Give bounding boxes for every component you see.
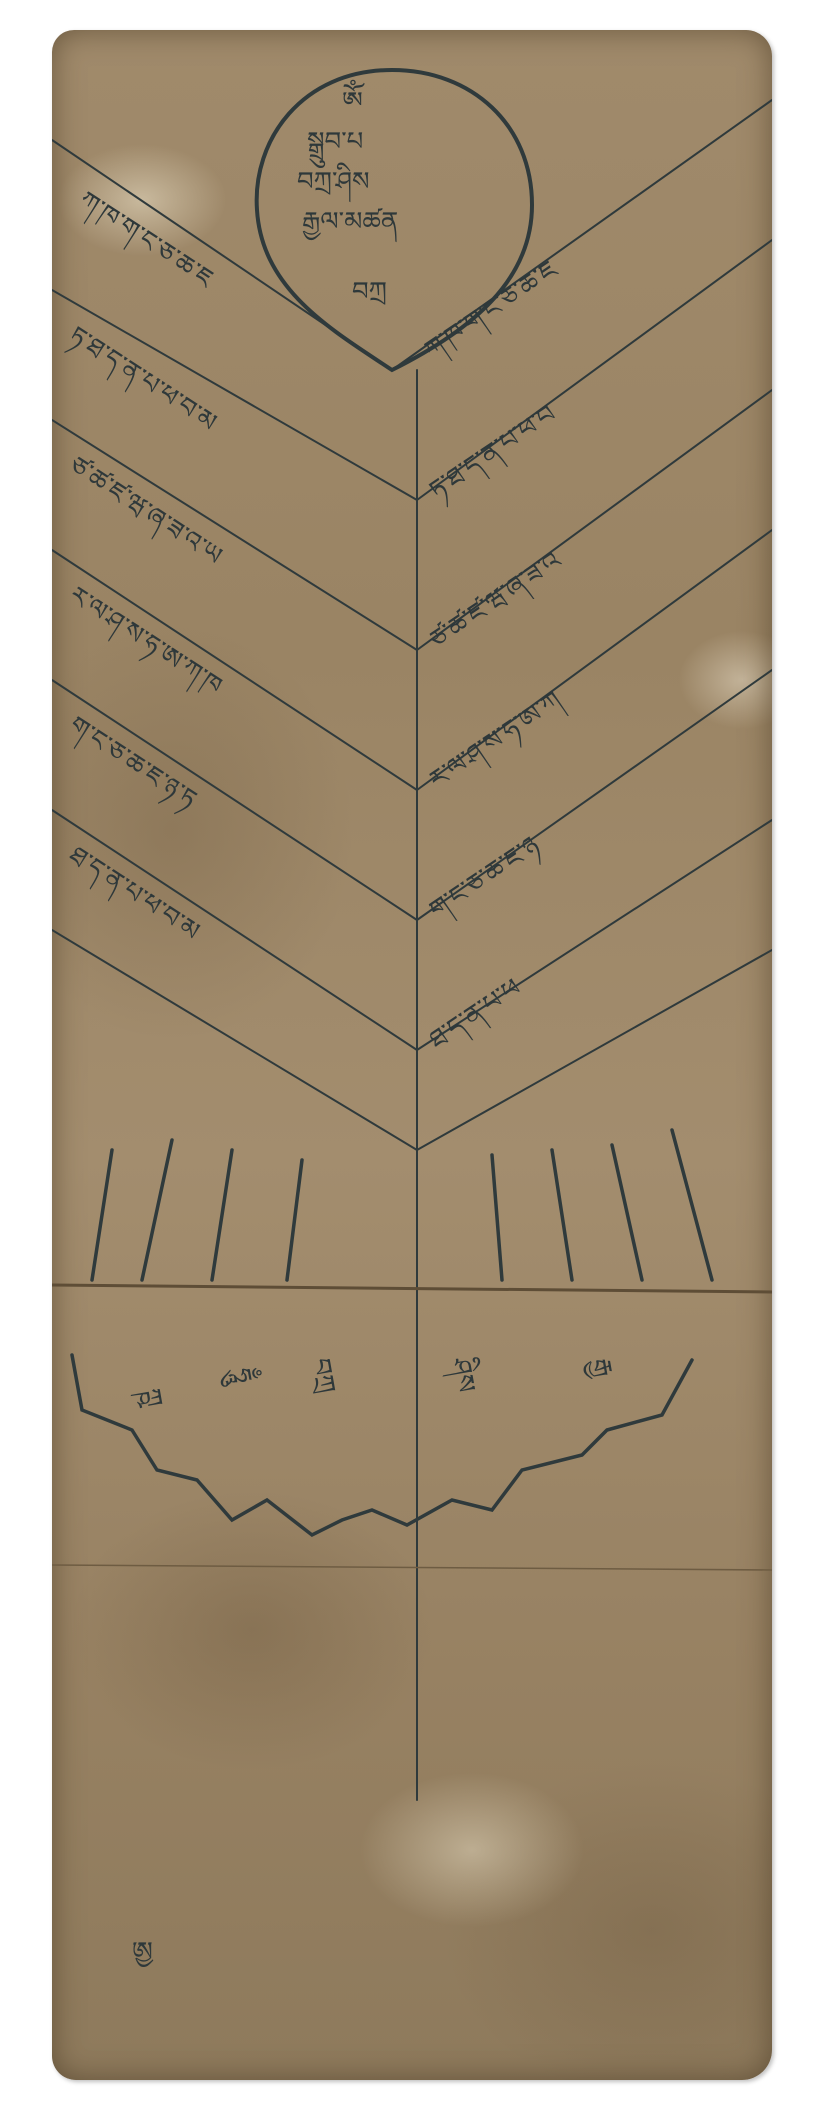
- svg-text:ག་ང་ཅ་ཆ་ཇ་ཉ: ག་ང་ཅ་ཆ་ཇ་ཉ: [424, 831, 548, 931]
- svg-text:ཙ་ཚ་ཛ་ཝ་ཞ་ཟ་འ: ཙ་ཚ་ཛ་ཝ་ཞ་ཟ་འ: [424, 546, 570, 661]
- crease-line: [52, 1565, 772, 1570]
- svg-text:རྒྱལ་མཚན: རྒྱལ་མཚན: [302, 207, 398, 243]
- svg-text:ཀ་ཁ་ག་ང་ཅ་ཆ་ཇ: ཀ་ཁ་ག་ང་ཅ་ཆ་ཇ: [419, 254, 567, 370]
- svg-text:ༀ: ༀ: [342, 79, 365, 117]
- svg-text:ར་ལ་ཤ་ས་ཧ་ཨ་ཀ: ར་ལ་ཤ་ས་ཧ་ཨ་ཀ: [424, 686, 571, 801]
- manuscript-drawing: ༀ སྒྲུབ་པ བཀྲ་ཤིས རྒྱལ་མཚན བཀྲ ཀ་ཁ་ག་ང་ཅ…: [52, 30, 772, 2080]
- svg-text:ཏ་ཐ་ད་ན་པ་ཕ་བ་མ: ཏ་ཐ་ད་ན་པ་ཕ་བ་མ: [60, 321, 222, 443]
- fold-line: [52, 1285, 772, 1292]
- script-marks: ༀ སྒྲུབ་པ བཀྲ་ཤིས རྒྱལ་མཚན བཀྲ ཀ་ཁ་ག་ང་ཅ…: [60, 79, 618, 1968]
- svg-text:ཏ་ཐ་ད་ན་པ་ཕ་བ: ཏ་ཐ་ད་ན་པ་ཕ་བ: [424, 399, 565, 510]
- svg-text:ཧཱུྃ: ཧཱུྃ: [218, 1364, 263, 1388]
- lotus-petals: [72, 1130, 712, 1535]
- svg-text:བཀྲ་ཤིས: བཀྲ་ཤིས: [297, 162, 370, 203]
- svg-text:ཀྵ: ཀྵ: [129, 1386, 168, 1410]
- manuscript-page: ༀ སྒྲུབ་པ བཀྲ་ཤིས རྒྱལ་མཚན བཀྲ ཀ་ཁ་ག་ང་ཅ…: [52, 30, 772, 2080]
- svg-text:བཀྲ: བཀྲ: [352, 277, 387, 307]
- svg-text:ར་ལ་ཤ་ས་ཧ་ཨ་ཀ་ཁ: ར་ལ་ཤ་ས་ཧ་ཨ་ཀ་ཁ: [60, 581, 227, 707]
- svg-text:སྒྲུབ་པ: སྒྲུབ་པ: [307, 127, 363, 169]
- svg-text:ཤིས: ཤིས: [439, 1354, 485, 1396]
- svg-text:ཐ་ད་ན་པ་ཕ: ཐ་ད་ན་པ་ཕ: [424, 973, 530, 1061]
- svg-text:བཀྲ: བཀྲ: [305, 1356, 341, 1396]
- svg-text:རྒྱ: རྒྱ: [581, 1356, 618, 1381]
- svg-text:ཨྱ: ཨྱ: [132, 1937, 154, 1968]
